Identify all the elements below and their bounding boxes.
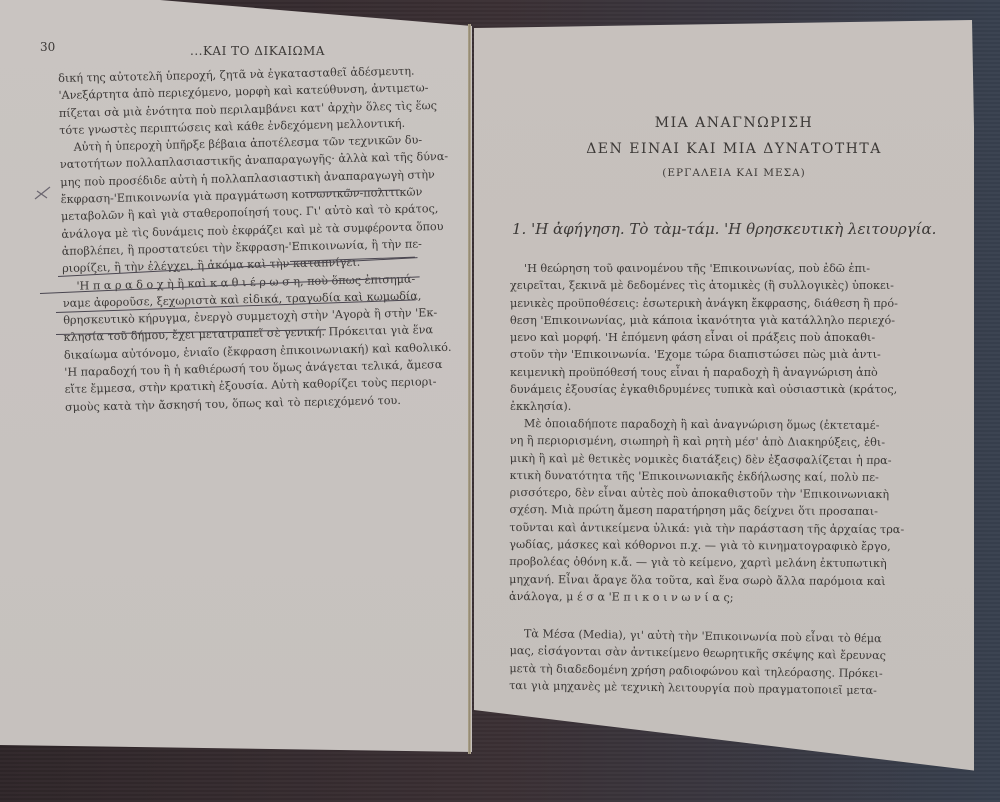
- page-number: 30: [40, 40, 55, 54]
- text-line: νη ἢ περιορισμένη, σιωπηρὴ ἢ καὶ ρητὴ μέ…: [510, 432, 910, 451]
- text-line: τοῦνται καὶ ἀντικείμενα ὑλικά: γιὰ τὴν π…: [509, 519, 909, 538]
- text-line: 'Η θεώρηση τοῦ φαινομένου τῆς 'Επικοινων…: [510, 260, 910, 277]
- text-line: σχέση. Μιὰ πρώτη ἄμεση παρατήρηση μᾶς δε…: [509, 501, 909, 520]
- text-line: κειμενικὴ προϋπόθεσή τους εἶναι ἡ παραδο…: [510, 364, 910, 381]
- paragraph-2: Μὲ ὁποιαδήποτε παραδοχὴ ἢ καὶ ἀναγνώριση…: [509, 415, 910, 607]
- text-line: προβολέας ὀθόνη κ.ἄ. — γιὰ τὸ κείμενο, χ…: [509, 553, 909, 572]
- left-page-header: 30 ...ΚΑΙ ΤΟ ΔΙΚΑΙΩΜΑ: [40, 40, 440, 60]
- text-line: κτικὴ δυνατότητα τῆς 'Επικοινωνιακῆς ἐκδ…: [510, 467, 910, 486]
- text-line: μενο καὶ μορφή. 'Η ἑπόμενη φάση εἶναι οἱ…: [510, 329, 910, 346]
- right-page: ΜΙΑ ΑΝΑΓΝΩΡΙΣΗ ΔΕΝ ΕΙΝΑΙ ΚΑΙ ΜΙΑ ΔΥΝΑΤΟΤ…: [474, 20, 974, 772]
- margin-x-annotation-icon: [34, 186, 52, 200]
- section-heading: 1. 'Η ἀφήγηση. Τὸ τὰμ-τάμ. 'Η θρησκευτικ…: [512, 220, 936, 238]
- text-line: γωδίας, μάσκες καὶ κόθορνοι π.χ. — γιὰ τ…: [509, 536, 909, 555]
- text-line: ρισσότερο, δὲν εἶναι αὐτὲς ποὺ ἀποκαθιστ…: [510, 484, 910, 503]
- chapter-subtitle: (ΕΡΓΑΛΕΙΑ ΚΑΙ ΜΕΣΑ): [534, 167, 934, 179]
- running-title: ...ΚΑΙ ΤΟ ΔΙΚΑΙΩΜΑ: [190, 44, 325, 58]
- text-line: Μὲ ὁποιαδήποτε παραδοχὴ ἢ καὶ ἀναγνώριση…: [510, 415, 910, 434]
- chapter-title-line1: ΜΙΑ ΑΝΑΓΝΩΡΙΣΗ: [534, 115, 934, 131]
- text-line: χειρεῖται, ξεκινᾶ μὲ δεδομένες τὶς ἀτομι…: [510, 277, 910, 294]
- text-line: στοῦν τὴν 'Επικοινωνία. 'Εχομε τώρα διαπ…: [510, 346, 910, 363]
- left-page-body: δική της αὐτοτελῆ ὑπεροχή, ζητᾶ νὰ ἐγκατ…: [58, 62, 465, 416]
- text-line: μηχανή. Εἶναι ἄραγε ὅλα τοῦτα, καὶ ἕνα σ…: [509, 571, 909, 590]
- left-page: 30 ...ΚΑΙ ΤΟ ΔΙΚΑΙΩΜΑ δική της αὐτοτελῆ …: [0, 0, 472, 762]
- chapter-title-line2: ΔΕΝ ΕΙΝΑΙ ΚΑΙ ΜΙΑ ΔΥΝΑΤΟΤΗΤΑ: [534, 141, 934, 157]
- text-line: θεση 'Επικοινωνίας, μιὰ κάποια ἱκανότητα…: [510, 312, 910, 329]
- book-spine: [468, 24, 471, 754]
- text-line: ἐκκλησία).: [510, 398, 910, 415]
- paragraph-1: 'Η θεώρηση τοῦ φαινομένου τῆς 'Επικοινων…: [510, 260, 910, 416]
- text-line: ἀνάλογα, μ έ σ α 'Ε π ι κ ο ι ν ω ν ί α …: [509, 588, 909, 607]
- text-line: μενικὲς προϋποθέσεις: ἐσωτερικὴ ἀνάγκη ἔ…: [510, 295, 910, 312]
- text-line: μικὴ ἢ καὶ μὲ θετικὲς νομικὲς διατάξεις)…: [510, 450, 910, 469]
- paragraph-3: Τὰ Μέσα (Media), γι' αὐτὴ τὴν 'Επικοινων…: [509, 625, 910, 700]
- text-line: δυνάμεις ἐξουσίας ἐγκαθιδρυμένες τυπικὰ …: [510, 381, 910, 398]
- chapter-title-block: ΜΙΑ ΑΝΑΓΝΩΡΙΣΗ ΔΕΝ ΕΙΝΑΙ ΚΑΙ ΜΙΑ ΔΥΝΑΤΟΤ…: [534, 115, 934, 179]
